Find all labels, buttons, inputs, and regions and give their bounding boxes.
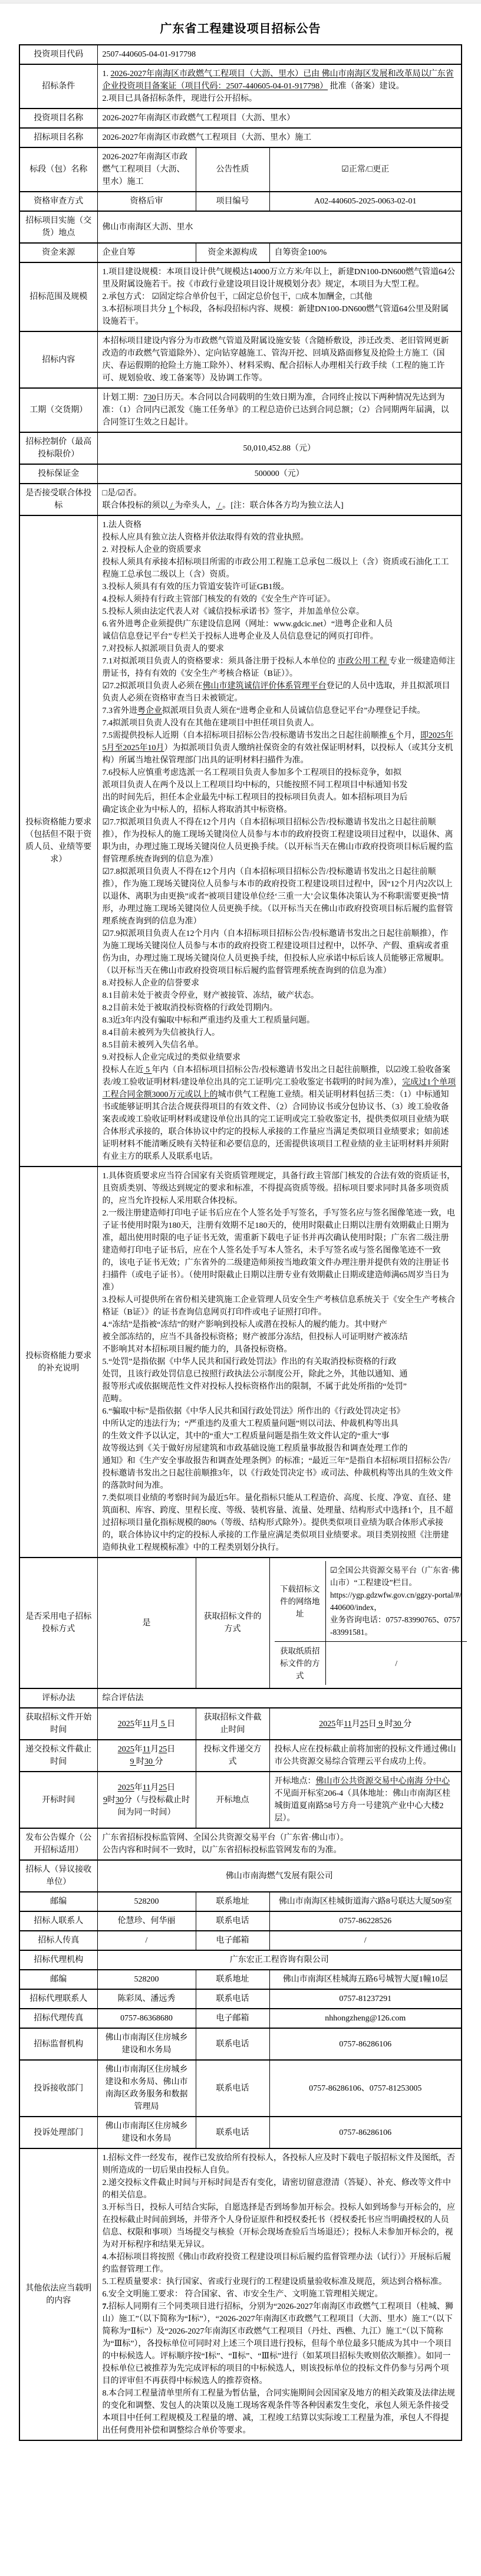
supervision-phone-value: 0757-86286106: [269, 2028, 462, 2060]
tenderer-fax-label: 招标人传真: [19, 1931, 97, 1950]
section-name-label: 标段（包）名称: [19, 147, 97, 192]
opening-place-label: 开标地点: [196, 1772, 269, 1828]
row-supplementary-notes: 投标资格能力要求的补充说明 1.具体资质要求应当符合国家有关资质管理规定，具备行…: [19, 1167, 462, 1558]
tenderer-phone-label: 联系电话: [196, 1911, 269, 1931]
content-value: 本招标项目建设内容分为市政燃气管道及附属设施安装（含随桥敷设，涉迁改类、老旧管网…: [97, 331, 462, 388]
opening-place-value: 开标地点：佛山市公共资源交易中心南海 分中心不见面开标室206-4（具体地址：佛…: [269, 1772, 462, 1828]
tenderer-fax-value: /: [97, 1931, 196, 1950]
qualification-requirements-value: 1.法人资格投标人应具有独立法人资格并依法取得有效的营业执照。2. 对投标人企业…: [97, 515, 462, 1167]
tenderer-value: 佛山市南海燃气发展有限公司: [97, 1860, 462, 1892]
row-duration: 工期（交货期） 计划工期：730日历天。本合同以合同载明的生效日期为准，合同终止…: [19, 388, 462, 432]
opening-time-label: 开标时间: [19, 1772, 97, 1828]
row-announcement-media: 发布公告媒介（公开招标适用） 广东省招标投标监管网、全国公共资源交易平台（广东省…: [19, 1828, 462, 1860]
bid-bond-label: 投标保证金: [19, 464, 97, 484]
complaint-receiving-value: 佛山市南海区住房城乡建设和水务局、佛山市南海区政务服务和数据管理局: [97, 2060, 196, 2117]
row-funding: 资金来源 企业自筹 资金来源构成 自筹资金100%: [19, 243, 462, 262]
agency-address-label: 联系地址: [196, 1970, 269, 1989]
tenderer-address-label: 联系地址: [196, 1892, 269, 1911]
row-tenderer-contact: 招标人联系人 伦慧珍、何华丽 联系电话 0757-86228526: [19, 1911, 462, 1931]
tender-name-label: 招标项目名称: [19, 128, 97, 147]
duration-value: 计划工期：730日历天。本合同以合同载明的生效日期为准，合同终止按以下两种情况先…: [97, 388, 462, 432]
announcement-media-value: 广东省招标投标监管网、全国公共资源交易平台（广东省·佛山市）。公告内容和时间不一…: [97, 1828, 462, 1860]
tenderer-label: 招标人（异议接收单位）: [19, 1860, 97, 1892]
agency-email-value: nhhongzheng@126.com: [269, 2009, 462, 2028]
row-bid-bond: 投标保证金 500000（元）: [19, 464, 462, 484]
row-doc-times: 获取招标文件开始时间 2025年11月 5 日 获取招标文件截止时间 2025年…: [19, 1708, 462, 1740]
other-contents-value: 1.招标文件一经发布，视作已发放给所有投标人，各投标人应及时下载电子版招标文件及…: [97, 2148, 462, 2440]
row-tender-conditions: 招标条件 1. 2026-2027年南海区市政燃气工程项目（大沥、里水）已由 佛…: [19, 64, 462, 109]
supplementary-notes-value: 1.具体资质要求应当符合国家有关资质管理规定，具备行政主管部门核发的合法有效的资…: [97, 1167, 462, 1558]
agency-contact-value: 陈彩凤、潘远秀: [97, 1989, 196, 2009]
funding-label: 资金来源: [19, 243, 97, 262]
row-complaint-handling: 投诉处理部门 佛山市南海区住房城乡建设和水务局 联系电话 0757-862861…: [19, 2117, 462, 2148]
row-qualification-requirements: 投标资格能力要求（包括但不限于资质人员、业绩等要求） 1.法人资格投标人应具有独…: [19, 515, 462, 1167]
tender-conditions-value: 1. 2026-2027年南海区市政燃气工程项目（大沥、里水）已由 佛山市南海区…: [97, 64, 462, 109]
section-name-value: 2026-2027年南海区市政燃气工程项目（大沥、里水）施工: [97, 147, 196, 192]
row-complaint-receiving: 投诉接收部门 佛山市南海区住房城乡建设和水务局、佛山市南海区政务服务和数据管理局…: [19, 2060, 462, 2117]
row-consortium: 是否接受联合体投标 □是/☑否。联合体投标的须以 / 为牵头人， / 。[注：联…: [19, 484, 462, 515]
row-location: 招标项目实施（交货）地点 佛山市南海区大沥、里水: [19, 211, 462, 243]
row-agency: 招标代理机构 广东宏正工程咨询有限公司: [19, 1950, 462, 1970]
agency-label: 招标代理机构: [19, 1950, 97, 1970]
row-tender-name: 招标项目名称 2026-2027年南海区市政燃气工程项目（大沥、里水）施工: [19, 128, 462, 147]
qualification-review-value: 资格后审: [97, 192, 196, 211]
notice-nature-value: ☑正常/□更正: [269, 147, 462, 192]
agency-email-label: 电子邮箱: [196, 2009, 269, 2028]
doc-deadline-value: 2025年11月25日 9 时30 分: [269, 1708, 462, 1740]
investment-name-value: 2026-2027年南海区市政燃气工程项目（大沥、里水）: [97, 109, 462, 128]
row-agency-fax: 招标代理传真 0757-86368680 电子邮箱 nhhongzheng@12…: [19, 2009, 462, 2028]
submission-method-value: 投标人应在投标截止前将加密的投标文件通过佛山市公共资源交易综合管理云平台成功上传…: [269, 1740, 462, 1772]
doc-deadline-label: 获取招标文件截止时间: [196, 1708, 269, 1740]
obtain-method-inner-table: 下载招标文件的网络地址 ☑全国公共资源交易平台（广东省·佛山市）“工程建设”栏目…: [275, 1561, 467, 1685]
row-tenderer-fax: 招标人传真 / 电子邮箱 /: [19, 1931, 462, 1950]
opening-time-value: 2025年11月25日9时30分（与投标截止时间为同一时间）: [97, 1772, 196, 1828]
page-title: 广东省工程建设项目招标公告: [0, 19, 481, 36]
row-investment-name: 投资项目名称 2026-2027年南海区市政燃气工程项目（大沥、里水）: [19, 109, 462, 128]
notice-nature-label: 公告性质: [196, 147, 269, 192]
complaint-handling-phone-value: 0757-86286106: [269, 2117, 462, 2148]
supplementary-notes-label: 投标资格能力要求的补充说明: [19, 1167, 97, 1558]
row-supervision: 招标监督机构 佛山市南海区住房城乡建设和水务局 联系电话 0757-862861…: [19, 2028, 462, 2060]
location-label: 招标项目实施（交货）地点: [19, 211, 97, 243]
tender-name-value: 2026-2027年南海区市政燃气工程项目（大沥、里水）施工: [97, 128, 462, 147]
supervision-value: 佛山市南海区住房城乡建设和水务局: [97, 2028, 196, 2060]
location-value: 佛山市南海区大沥、里水: [97, 211, 462, 243]
row-qualification-review: 资格审查方式 资格后审 项目编号 A02-440605-2025-0063-02…: [19, 192, 462, 211]
tender-conditions-label: 招标条件: [19, 64, 97, 109]
e-bidding-label: 是否采用电子招标投标方式: [19, 1558, 97, 1688]
row-agency-contact: 招标代理联系人 陈彩凤、潘远秀 联系电话 0757-81237291: [19, 1989, 462, 2009]
tenderer-email-value: /: [269, 1931, 462, 1950]
supervision-phone-label: 联系电话: [196, 2028, 269, 2060]
row-content: 招标内容 本招标项目建设内容分为市政燃气管道及附属设施安装（含随桥敷设，涉迁改类…: [19, 331, 462, 388]
tender-announcement-table: 投资项目代码 2507-440605-04-01-917798 招标条件 1. …: [19, 44, 462, 2441]
obtain-method-cell: 下载招标文件的网络地址 ☑全国公共资源交易平台（广东省·佛山市）“工程建设”栏目…: [269, 1558, 462, 1688]
qualification-requirements-label: 投标资格能力要求（包括但不限于资质人员、业绩等要求）: [19, 515, 97, 1167]
complaint-handling-phone-label: 联系电话: [196, 2117, 269, 2148]
complaint-receiving-label: 投诉接收部门: [19, 2060, 97, 2117]
funding-composition-label: 资金来源构成: [196, 243, 269, 262]
e-bidding-value: 是: [97, 1558, 196, 1688]
announcement-media-label: 发布公告媒介（公开招标适用）: [19, 1828, 97, 1860]
row-tenderer: 招标人（异议接收单位） 佛山市南海燃气发展有限公司: [19, 1860, 462, 1892]
row-opening: 开标时间 2025年11月25日9时30分（与投标截止时间为同一时间） 开标地点…: [19, 1772, 462, 1828]
project-code-label: 投资项目代码: [19, 45, 97, 64]
scope-value: 1.项目建设规模：本项目设计供气规模达14000万立方米/年以上，新建DN100…: [97, 262, 462, 331]
tenderer-contact-label: 招标人联系人: [19, 1911, 97, 1931]
row-section-name: 标段（包）名称 2026-2027年南海区市政燃气工程项目（大沥、里水）施工 公…: [19, 147, 462, 192]
row-tenderer-postcode: 邮编 528200 联系地址 佛山市南海区桂城街道海六路8号联达大厦509室: [19, 1892, 462, 1911]
row-paper-method: 获取纸质招标文件的方式 /: [275, 1642, 467, 1685]
agency-postcode-label: 邮编: [19, 1970, 97, 1989]
agency-contact-label: 招标代理联系人: [19, 1989, 97, 2009]
duration-label: 工期（交货期）: [19, 388, 97, 432]
obtain-method-label: 获取招标文件的方式: [196, 1558, 269, 1688]
content-label: 招标内容: [19, 331, 97, 388]
submission-method-label: 投标文件递交方式: [196, 1740, 269, 1772]
tenderer-contact-value: 伦慧珍、何华丽: [97, 1911, 196, 1931]
evaluation-method-label: 评标办法: [19, 1688, 97, 1708]
complaint-handling-label: 投诉处理部门: [19, 2117, 97, 2148]
row-project-code: 投资项目代码 2507-440605-04-01-917798: [19, 45, 462, 64]
agency-fax-label: 招标代理传真: [19, 2009, 97, 2028]
submission-deadline-label: 递交投标文件截止时间: [19, 1740, 97, 1772]
tenderer-phone-value: 0757-86228526: [269, 1911, 462, 1931]
row-e-bidding: 是否采用电子招标投标方式 是 获取招标文件的方式 下载招标文件的网络地址 ☑全国…: [19, 1558, 462, 1688]
control-price-value: 50,010,452.88（元）: [97, 432, 462, 464]
qualification-review-label: 资格审查方式: [19, 192, 97, 211]
agency-fax-value: 0757-86368680: [97, 2009, 196, 2028]
row-control-price: 招标控制价（最高投标限价） 50,010,452.88（元）: [19, 432, 462, 464]
row-submission: 递交投标文件截止时间 2025年11月25日9 时30 分 投标文件递交方式 投…: [19, 1740, 462, 1772]
row-download-address: 下载招标文件的网络地址 ☑全国公共资源交易平台（广东省·佛山市）“工程建设”栏目…: [275, 1561, 467, 1642]
agency-phone-value: 0757-81237291: [269, 1989, 462, 2009]
row-other-contents: 其他依法应当载明的内容 1.招标文件一经发布，视作已发放给所有投标人，各投标人应…: [19, 2148, 462, 2440]
bid-bond-value: 500000（元）: [97, 464, 462, 484]
row-agency-postcode: 邮编 528200 联系地址 佛山市南海区桂城海五路6号城智大厦1幢10层: [19, 1970, 462, 1989]
complaint-handling-value: 佛山市南海区住房城乡建设和水务局: [97, 2117, 196, 2148]
download-address-label: 下载招标文件的网络地址: [275, 1561, 326, 1642]
consortium-label: 是否接受联合体投标: [19, 484, 97, 515]
scope-label: 招标范围及规模: [19, 262, 97, 331]
complaint-receiving-phone-value: 0757-86286106、0757-81253005: [269, 2060, 462, 2117]
agency-address-value: 佛山市南海区桂城海五路6号城智大厦1幢10层: [269, 1970, 462, 1989]
row-evaluation-method: 评标办法 综合评估法: [19, 1688, 462, 1708]
funding-composition-value: 自筹资金100%: [269, 243, 462, 262]
project-number-label: 项目编号: [196, 192, 269, 211]
consortium-value: □是/☑否。联合体投标的须以 / 为牵头人， / 。[注：联合体各方均为独立法人…: [97, 484, 462, 515]
agency-value: 广东宏正工程咨询有限公司: [97, 1950, 462, 1970]
investment-name-label: 投资项目名称: [19, 109, 97, 128]
project-number-value: A02-440605-2025-0063-02-01: [269, 192, 462, 211]
agency-phone-label: 联系电话: [196, 1989, 269, 2009]
control-price-label: 招标控制价（最高投标限价）: [19, 432, 97, 464]
other-contents-label: 其他依法应当载明的内容: [19, 2148, 97, 2440]
evaluation-method-value: 综合评估法: [97, 1688, 462, 1708]
tenderer-address-value: 佛山市南海区桂城街道海六路8号联达大厦509室: [269, 1892, 462, 1911]
row-scope: 招标范围及规模 1.项目建设规模：本项目设计供气规模达14000万立方米/年以上…: [19, 262, 462, 331]
project-code-value: 2507-440605-04-01-917798: [97, 45, 462, 64]
funding-value: 企业自筹: [97, 243, 196, 262]
tenderer-email-label: 电子邮箱: [196, 1931, 269, 1950]
doc-start-label: 获取招标文件开始时间: [19, 1708, 97, 1740]
supervision-label: 招标监督机构: [19, 2028, 97, 2060]
tenderer-postcode-value: 528200: [97, 1892, 196, 1911]
tenderer-postcode-label: 邮编: [19, 1892, 97, 1911]
download-address-value: ☑全国公共资源交易平台（广东省·佛山市）“工程建设”栏目。https://ygp…: [326, 1561, 467, 1642]
agency-postcode-value: 528200: [97, 1970, 196, 1989]
paper-method-value: /: [326, 1642, 467, 1685]
complaint-receiving-phone-label: 联系电话: [196, 2060, 269, 2117]
doc-start-value: 2025年11月 5 日: [97, 1708, 196, 1740]
submission-deadline-value: 2025年11月25日9 时30 分: [97, 1740, 196, 1772]
paper-method-label: 获取纸质招标文件的方式: [275, 1642, 326, 1685]
top-bar: [0, 0, 481, 4]
